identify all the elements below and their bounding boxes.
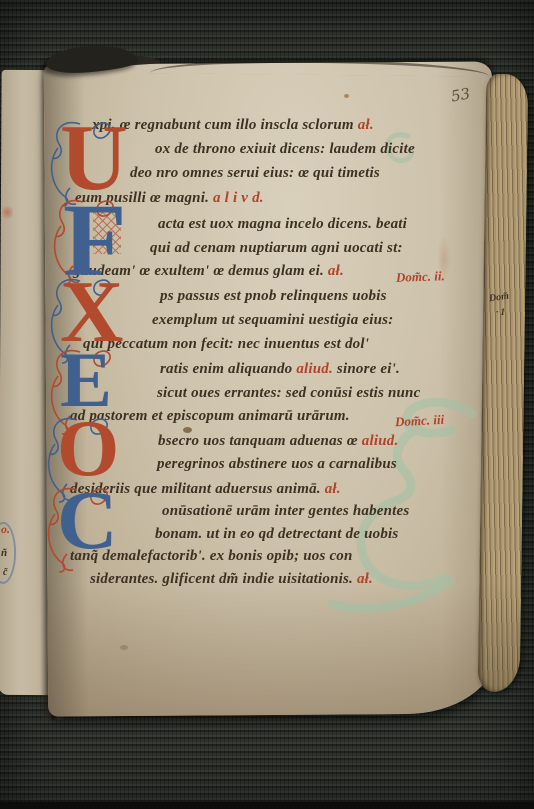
left-page-text-fragment: c̃: [3, 568, 7, 578]
rubric-segment: a l i v d.: [209, 190, 264, 206]
text-line-9: exemplum ut sequamini uestigia eius:: [152, 313, 393, 328]
text-line-15: peregrinos abstinere uos a carnalibus: [157, 457, 397, 472]
text-line-8: ps passus est pnob relinquens uobis: [160, 289, 387, 304]
ink-segment: qui ad cenam nuptiarum agni uocati st:: [150, 240, 403, 256]
text-block: xpi. œ regnabunt cum illo inscla sclorum…: [0, 0, 534, 809]
ink-segment: bsecro uos tanquam aduenas œ: [158, 433, 362, 449]
illuminated-initial-O: O: [57, 418, 119, 480]
ink-segment: qui peccatum non fecit: nec inuentus est…: [83, 336, 369, 352]
rubric-segment: aliud.: [362, 433, 399, 449]
text-line-14: bsecro uos tanquam aduenas œ aliud.: [158, 434, 398, 449]
text-line-10: qui peccatum non fecit: nec inuentus est…: [83, 337, 369, 352]
text-line-6: qui ad cenam nuptiarum agni uocati st:: [150, 241, 403, 256]
rubric-segment: aliud.: [296, 361, 333, 377]
text-line-17: onūsationē urām inter gentes habentes: [162, 504, 409, 519]
rubric-segment: ał.: [321, 481, 341, 497]
ink-segment: peregrinos abstinere uos a carnalibus: [157, 456, 397, 472]
ink-segment: bonam. ut in eo qd detrectant de uobis: [155, 526, 398, 542]
initial-letter: C: [57, 488, 118, 554]
text-line-2: ox de throno exiuit dicens: laudem dicit…: [155, 142, 415, 157]
margin-note: Dom̃c. ii.: [396, 269, 445, 284]
text-line-1: xpi. œ regnabunt cum illo inscla sclorum…: [92, 118, 374, 133]
ink-segment: ox de throno exiuit dicens: laudem dicit…: [155, 141, 415, 157]
illuminated-initial-E: E: [60, 350, 112, 411]
initial-letter: O: [57, 418, 119, 480]
margin-note: Dom̃c. iii: [395, 413, 445, 429]
margin-note: Dom̃: [488, 292, 509, 305]
ink-segment: sicut oues errantes: sed conūsi estis nu…: [157, 385, 420, 401]
rubric-segment: ał.: [324, 263, 344, 279]
margin-note: · 1: [496, 308, 505, 317]
rubric-segment: ał.: [353, 571, 373, 587]
initial-letter: E: [60, 350, 112, 411]
ink-segment: ps passus est pnob relinquens uobis: [160, 288, 387, 304]
text-line-18: bonam. ut in eo qd detrectant de uobis: [155, 527, 398, 542]
ink-segment: exemplum ut sequamini uestigia eius:: [152, 312, 393, 328]
text-line-3: deo nro omnes serui eius: œ qui timetis: [130, 166, 380, 181]
ink-segment: sinore ei'.: [333, 361, 400, 377]
left-page-text-fragment: o.: [1, 523, 10, 535]
text-line-20: siderantes. glificent dm̃ indie uisitati…: [90, 572, 373, 587]
ink-segment: acta est uox magna incelo dicens. beati: [158, 216, 407, 232]
left-page-text-fragment: ñ: [1, 548, 7, 559]
text-line-11: ratis enim aliquando aliud. sinore ei'.: [160, 362, 400, 377]
text-line-5: acta est uox magna incelo dicens. beati: [158, 217, 407, 232]
illuminated-initial-C: C: [57, 488, 118, 554]
ink-segment: xpi. œ regnabunt cum illo inscla sclorum: [92, 117, 354, 133]
text-line-12: sicut oues errantes: sed conūsi estis nu…: [157, 386, 420, 401]
ink-segment: onūsationē urām inter gentes habentes: [162, 503, 409, 519]
ink-segment: siderantes. glificent dm̃ indie uisitati…: [90, 571, 353, 587]
ink-segment: deo nro omnes serui eius: œ qui timetis: [130, 165, 380, 181]
rubric-segment: ał.: [354, 117, 374, 133]
manuscript-photo: 53 xpi. œ regnabunt cum illo inscla sclo…: [0, 0, 534, 809]
ink-segment: ratis enim aliquando: [160, 361, 296, 377]
page-content-layer: 53 xpi. œ regnabunt cum illo inscla sclo…: [0, 0, 534, 809]
